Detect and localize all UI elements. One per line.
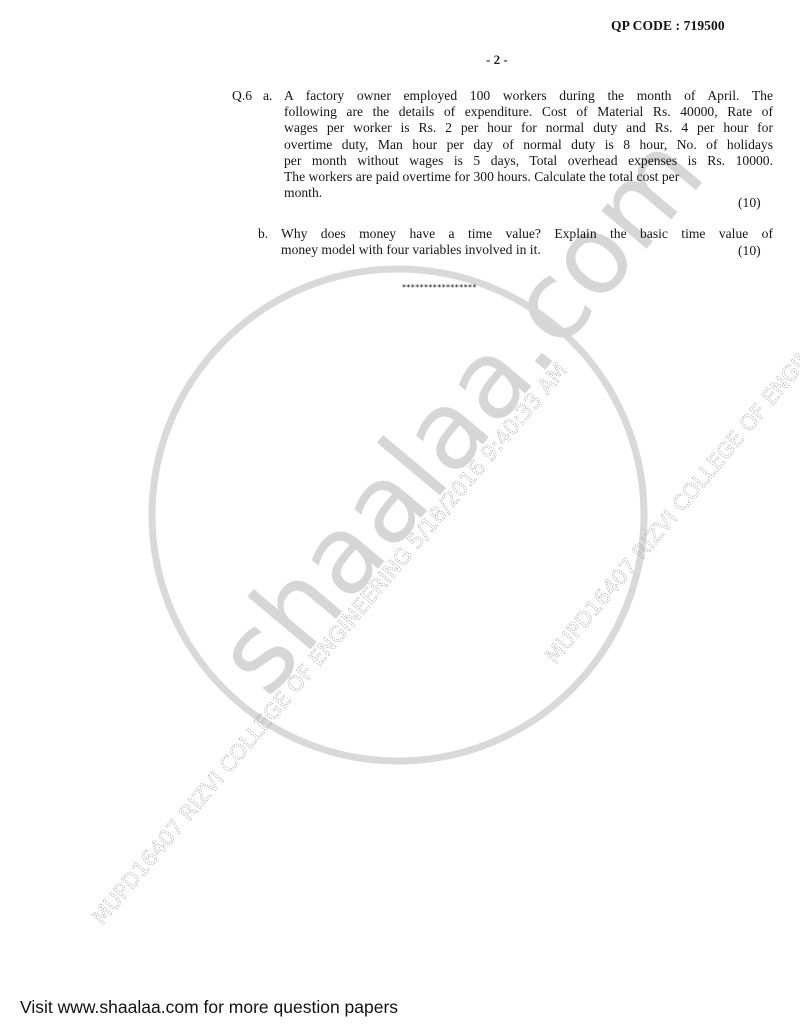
question-6a-text: A factory owner employed 100 workers dur… — [284, 88, 773, 201]
question-6b-text: Why does money have a time value? Explai… — [281, 226, 773, 258]
question-part-letter: a. — [263, 88, 272, 104]
question-line: month. — [284, 185, 773, 201]
question-line: wages per worker is Rs. 2 per hour for n… — [284, 120, 773, 136]
marks-badge: (10) — [738, 243, 761, 259]
page-number: - 2 - — [486, 52, 508, 68]
question-line: overtime duty, Man hour per day of norma… — [284, 137, 773, 153]
question-part-letter: b. — [258, 226, 268, 242]
question-line: Why does money have a time value? Explai… — [281, 226, 773, 242]
marks-badge: (10) — [738, 195, 761, 211]
watermark-stamp-lower: MUPD16407 RIZVI COLLEGE OF ENGINEERING 5… — [87, 358, 572, 929]
question-line: per month without wages is 5 days, Total… — [284, 153, 773, 169]
question-line: A factory owner employed 100 workers dur… — [284, 88, 773, 104]
question-number: Q.6 — [232, 88, 252, 104]
question-line: The workers are paid overtime for 300 ho… — [284, 169, 773, 185]
qp-code: QP CODE : 719500 — [611, 18, 725, 34]
watermark-stamp-upper: MUPD16407 RIZVI COLLEGE OF ENGINEERING 5… — [540, 215, 800, 668]
footer-link-text[interactable]: Visit www.shaalaa.com for more question … — [20, 997, 398, 1018]
end-of-paper-marker: ***************** — [402, 283, 477, 292]
watermark-circle — [152, 269, 644, 761]
watermark-brand: shaalaa.com — [192, 112, 728, 717]
question-line: following are the details of expenditure… — [284, 104, 773, 120]
question-line: money model with four variables involved… — [281, 242, 773, 258]
